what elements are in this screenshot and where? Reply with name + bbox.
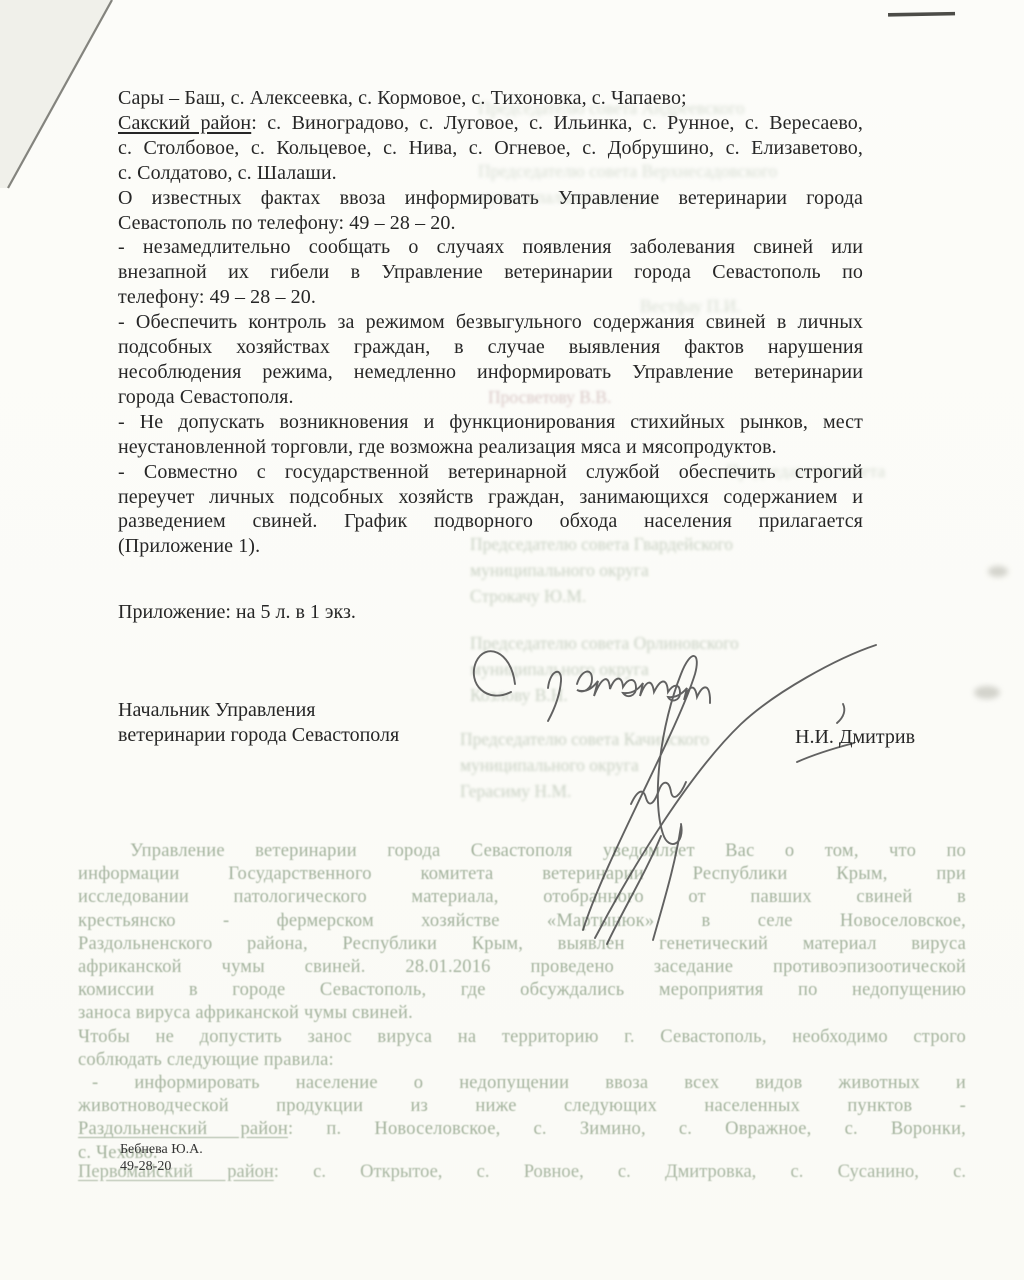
top-right-dash-mark: [888, 12, 955, 17]
text-line: комиссии в городе Севастополь, где обсуж…: [78, 979, 966, 1002]
signoff-title-line2: ветеринарии города Севастополя: [118, 723, 448, 748]
executor-footer: Бебнева Ю.А. 49-28-20: [120, 1141, 203, 1175]
text-line: (Приложение 1).: [118, 534, 863, 559]
text-line: Чтобы не допустить занос вируса на терри…: [78, 1026, 966, 1049]
text-line: - Обеспечить контроль за режимом безвыгу…: [118, 310, 863, 335]
executor-name: Бебнева Ю.А.: [120, 1141, 203, 1158]
scan-smudge: [974, 686, 1000, 699]
text-line: заноса вируса африканской чумы свиней.: [78, 1002, 966, 1025]
text-line: Сакский район: с. Виноградово, с. Лугово…: [118, 111, 863, 136]
text-line: с. Столбовое, с. Кольцевое, с. Нива, с. …: [118, 136, 863, 161]
text-line: внезапной их гибели в Управление ветерин…: [118, 260, 863, 285]
executor-phone: 49-28-20: [120, 1158, 203, 1175]
text-line: города Севастополя.: [118, 385, 863, 410]
text-line: несоблюдения режима, немедленно информир…: [118, 360, 863, 385]
body-text: Сары – Баш, с. Алексеевка, с. Кормовое, …: [118, 86, 863, 559]
text-line: разведением свиней. График подворного об…: [118, 509, 863, 534]
text-line: Сары – Баш, с. Алексеевка, с. Кормовое, …: [118, 86, 863, 111]
text-line: Севастополь по телефону: 49 – 28 – 20.: [118, 211, 863, 236]
text-line: О известных фактах ввоза информировать У…: [118, 186, 863, 211]
text-line: переучет личных подсобных хозяйств гражд…: [118, 485, 863, 510]
attachment-note: Приложение: на 5 л. в 1 экз.: [118, 601, 356, 624]
text-line: телефону: 49 – 28 – 20.: [118, 285, 863, 310]
text-line: неустановленной торговли, где возможна р…: [118, 435, 863, 460]
signoff-title-line1: Начальник Управления: [118, 698, 448, 723]
signer-name: Н.И. Дмитрив: [795, 726, 915, 749]
text-line: африканской чумы свиней. 28.01.2016 пров…: [78, 956, 966, 979]
signoff-title: Начальник Управления ветеринарии города …: [118, 698, 448, 748]
text-line: с. Солдатово, с. Шалаши.: [118, 161, 863, 186]
text-line: соблюдать следующие правила:: [78, 1049, 966, 1072]
scanned-document-page: Председателю совета АндреевскогоПредседа…: [0, 0, 1024, 1280]
text-line: - Не допускать возникновения и функциони…: [118, 410, 863, 435]
text-line: животноводческой продукции из ниже следу…: [78, 1095, 966, 1118]
text-line: - информировать население о недопущении …: [78, 1072, 966, 1095]
text-line: Раздольненский район: п. Новоселовское, …: [78, 1118, 966, 1141]
bleedthrough-last-line: Первомайский район: с. Открытое, с. Ровн…: [78, 1161, 966, 1184]
scan-smudge: [988, 566, 1008, 577]
text-line: - Совместно с государственной ветеринарн…: [118, 460, 863, 485]
signature-handwriting: [455, 612, 900, 957]
text-line: - незамедлительно сообщать о случаях поя…: [118, 235, 863, 260]
text-line: подсобных хозяйствах граждан, в случае в…: [118, 335, 863, 360]
text-line: Первомайский район: с. Открытое, с. Ровн…: [78, 1161, 966, 1184]
